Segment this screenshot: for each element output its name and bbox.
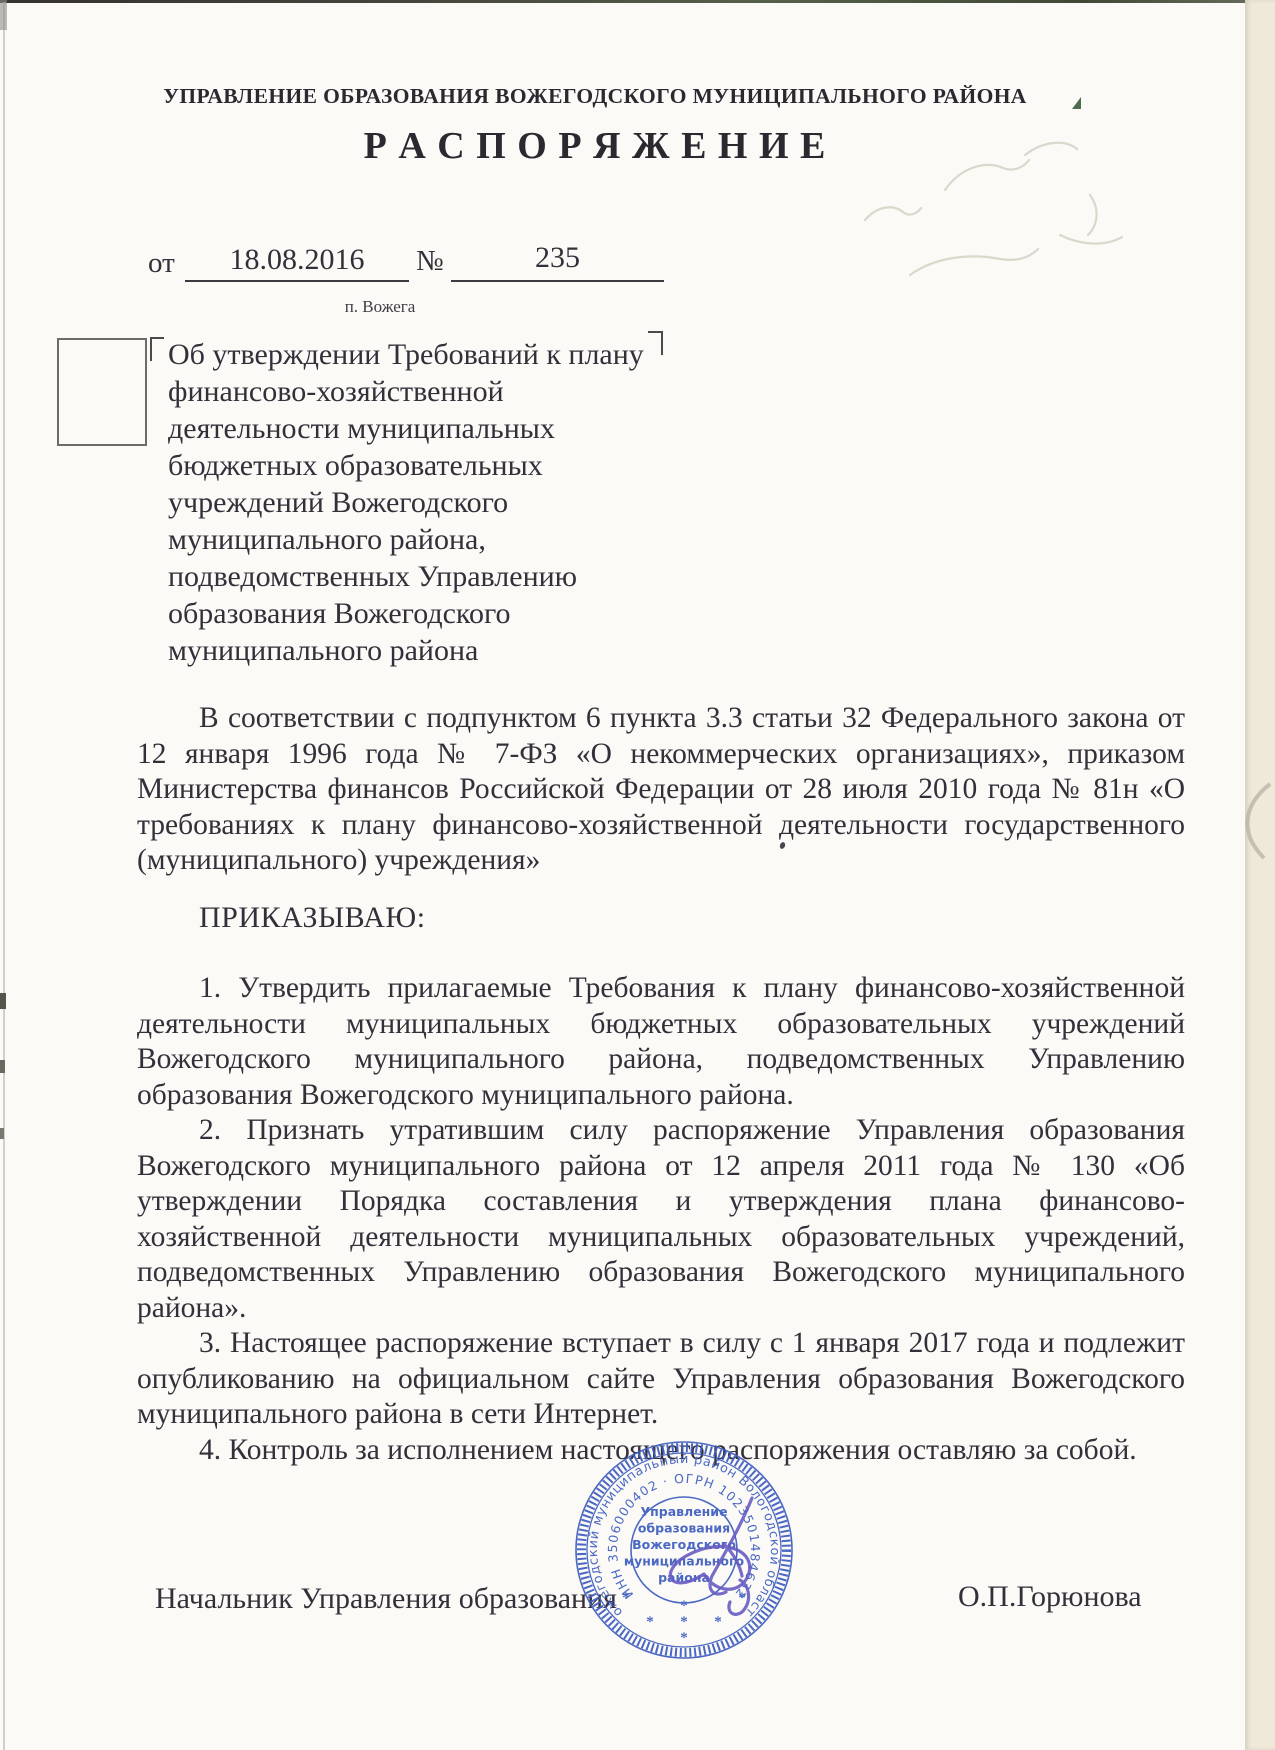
scan-top-edge: [0, 0, 1275, 3]
scan-mark: [0, 993, 6, 1009]
stamp-star: *: [714, 1614, 722, 1630]
order-item: 1. Утвердить прилагаемые Требования к пл…: [137, 971, 1185, 1113]
scan-corner-smudge: [0, 0, 7, 30]
subject-line: муниципального района,: [168, 521, 668, 558]
scan-mark: [0, 1128, 4, 1139]
subject-block: Об утверждении Требований к плану финанс…: [168, 336, 668, 669]
subject-line: учреждений Вожегодского: [168, 484, 668, 521]
organization-header: УПРАВЛЕНИЕ ОБРАЗОВАНИЯ ВОЖЕГОДСКОГО МУНИ…: [40, 84, 1150, 109]
order-item: 2. Признать утратившим силу распоряжение…: [137, 1113, 1185, 1326]
subject-line: Об утверждении Требований к плану: [168, 336, 668, 373]
official-stamp: Вожегодский муниципальный район Вологодс…: [562, 1428, 806, 1672]
scan-fold-mark: [1234, 780, 1275, 864]
subject-line: образования Вожегодского: [168, 595, 668, 632]
crop-mark-open: [150, 337, 164, 361]
stamp-stars: * * * * * * *: [622, 1590, 746, 1646]
stamp-star: *: [680, 1598, 688, 1614]
signature-position: Начальник Управления образования: [155, 1582, 617, 1616]
stamp-center-text-line: Управление: [640, 1504, 727, 1519]
subject-line: финансово-хозяйственной: [168, 373, 668, 410]
scan-mark: [0, 1060, 5, 1073]
date-label: от: [148, 247, 175, 280]
number-underline: [451, 280, 664, 282]
stamp-center-text-line: Вожегодского: [632, 1537, 736, 1552]
place-name: п. Вожега: [300, 297, 460, 317]
preamble-paragraph: В соответствии с подпунктом 6 пункта 3.3…: [137, 701, 1185, 879]
subject-line: деятельности муниципальных: [168, 410, 668, 447]
order-keyword: ПРИКАЗЫВАЮ:: [199, 901, 426, 935]
order-item: 3. Настоящее распоряжение вступает в сил…: [137, 1326, 1185, 1433]
date-underline: [185, 280, 409, 282]
subject-line: бюджетных образовательных: [168, 447, 668, 484]
signature-name: О.П.Горюнова: [958, 1580, 1142, 1614]
stamp-star: *: [646, 1614, 654, 1630]
scan-left-edge-line: [3, 2, 5, 1750]
order-items: 1. Утвердить прилагаемые Требования к пл…: [137, 971, 1185, 1468]
stamp-star: *: [738, 1590, 746, 1606]
scan-page-edge-strip: [1245, 0, 1275, 1750]
stamp-star: *: [680, 1630, 688, 1646]
subject-line: муниципального района: [168, 632, 668, 669]
stamp-star: *: [622, 1590, 630, 1606]
stamp-center-text-line: образования: [638, 1521, 730, 1536]
stamp-star: *: [680, 1614, 688, 1630]
number-value: 235: [451, 241, 664, 275]
number-label: №: [416, 245, 444, 278]
margin-box: [57, 338, 147, 446]
scanned-document-page: УПРАВЛЕНИЕ ОБРАЗОВАНИЯ ВОЖЕГОДСКОГО МУНИ…: [0, 0, 1275, 1750]
subject-line: подведомственных Управлению: [168, 558, 668, 595]
date-value: 18.08.2016: [185, 243, 409, 277]
document-type-title: Р А С П О Р Я Ж Е Н И Е: [40, 124, 1150, 168]
